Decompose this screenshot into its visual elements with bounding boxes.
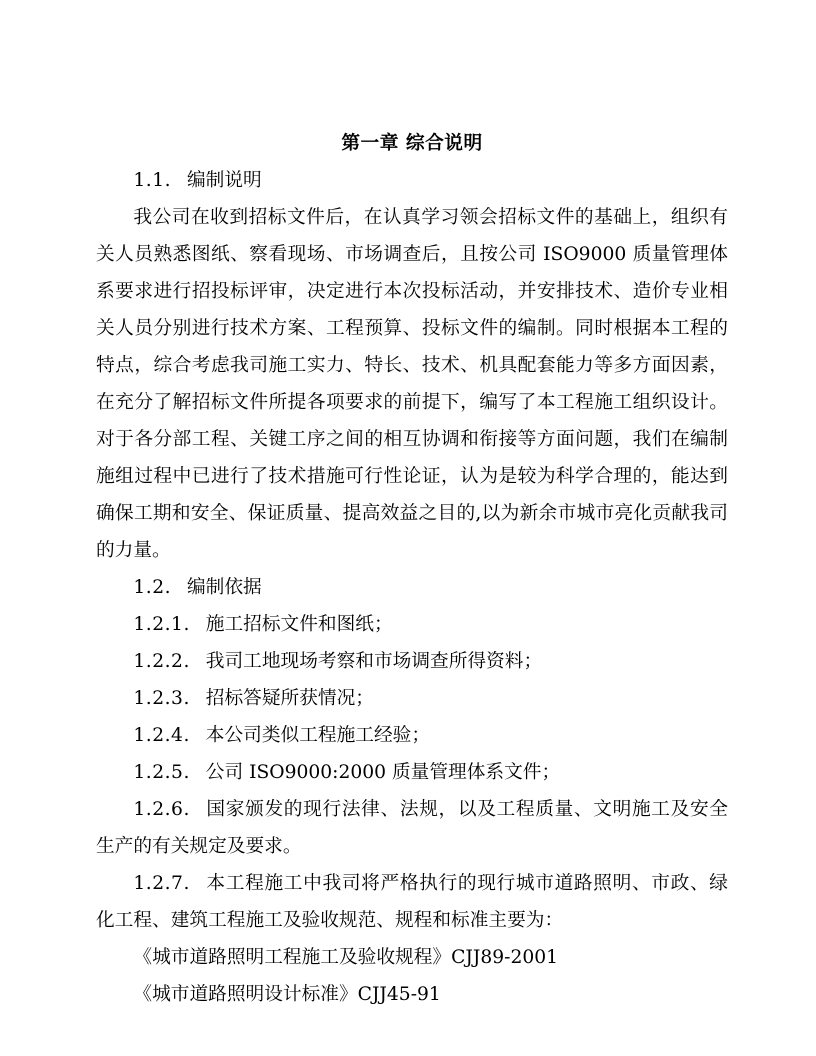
section-number: 1.2. bbox=[133, 577, 171, 598]
item-number: 1.2.2. bbox=[133, 651, 190, 672]
item-text: 施工招标文件和图纸； bbox=[206, 614, 393, 635]
item-text: 本工程施工中我司将严格执行的现行城市道路照明、市政、绿化工程、建筑工程施工及验收… bbox=[96, 873, 728, 931]
chapter-title: 第一章 综合说明 bbox=[96, 125, 728, 162]
item-number: 1.2.7. bbox=[133, 873, 190, 894]
section-number: 1.1. bbox=[133, 170, 171, 191]
item-text: 我司工地现场考察和市场调查所得资料； bbox=[206, 651, 542, 672]
standard-reference-cjj89-2001: 《城市道路照明工程施工及验收规程》CJJ89-2001 bbox=[96, 939, 728, 976]
section-heading-1-1: 1.1.编制说明 bbox=[96, 162, 728, 199]
list-item-1-2-3: 1.2.3.招标答疑所获情况； bbox=[96, 680, 728, 717]
document-page: 第一章 综合说明 1.1.编制说明 我公司在收到招标文件后，在认真学习领会招标文… bbox=[0, 0, 816, 1056]
list-item-1-2-7: 1.2.7.本工程施工中我司将严格执行的现行城市道路照明、市政、绿化工程、建筑工… bbox=[96, 865, 728, 939]
item-text: 国家颁发的现行法律、法规，以及工程质量、文明施工及安全生产的有关规定及要求。 bbox=[96, 799, 728, 857]
list-item-1-2-2: 1.2.2.我司工地现场考察和市场调查所得资料； bbox=[96, 643, 728, 680]
list-item-1-2-5: 1.2.5.公司 ISO9000:2000 质量管理体系文件； bbox=[96, 754, 728, 791]
section-label: 编制依据 bbox=[187, 577, 262, 598]
list-item-1-2-6: 1.2.6.国家颁发的现行法律、法规，以及工程质量、文明施工及安全生产的有关规定… bbox=[96, 791, 728, 865]
item-text: 公司 ISO9000:2000 质量管理体系文件； bbox=[206, 762, 560, 783]
item-text: 本公司类似工程施工经验； bbox=[206, 725, 430, 746]
standard-reference-cjj45-91: 《城市道路照明设计标准》CJJ45-91 bbox=[96, 976, 728, 1013]
item-number: 1.2.4. bbox=[133, 725, 190, 746]
item-number: 1.2.5. bbox=[133, 762, 190, 783]
item-number: 1.2.6. bbox=[133, 799, 190, 820]
list-item-1-2-4: 1.2.4.本公司类似工程施工经验； bbox=[96, 717, 728, 754]
section-heading-1-2: 1.2.编制依据 bbox=[96, 569, 728, 606]
list-item-1-2-1: 1.2.1.施工招标文件和图纸； bbox=[96, 606, 728, 643]
item-text: 招标答疑所获情况； bbox=[206, 688, 374, 709]
section-label: 编制说明 bbox=[187, 170, 262, 191]
item-number: 1.2.3. bbox=[133, 688, 190, 709]
paragraph-compilation-notes: 我公司在收到招标文件后，在认真学习领会招标文件的基础上，组织有关人员熟悉图纸、察… bbox=[96, 199, 728, 569]
item-number: 1.2.1. bbox=[133, 614, 190, 635]
